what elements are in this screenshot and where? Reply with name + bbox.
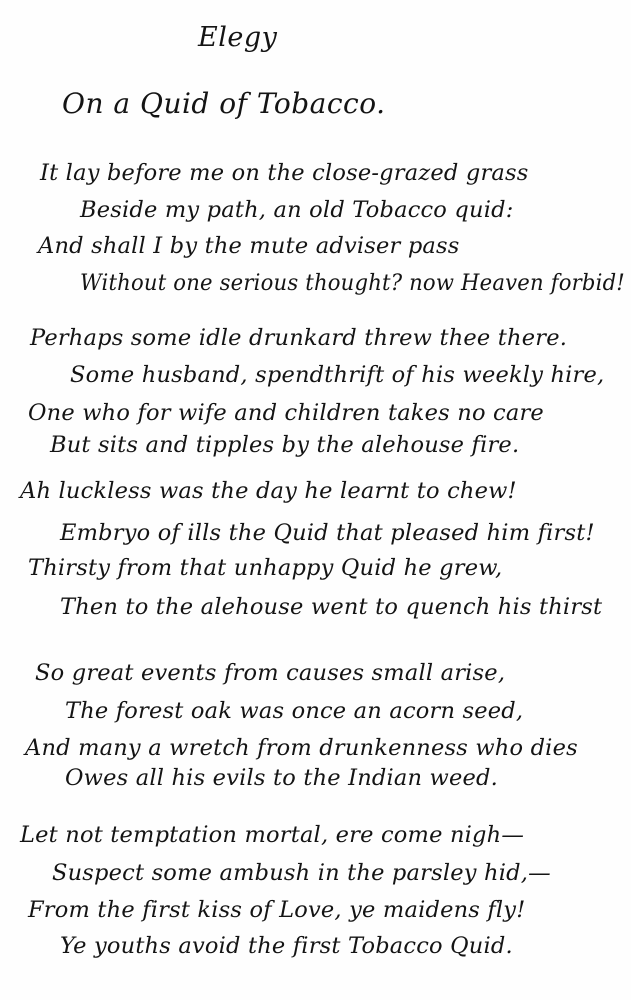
manuscript-page: Elegy On a Quid of Tobacco. It lay befor…: [0, 0, 631, 1000]
poem-line: Thirsty from that unhappy Quid he grew,: [28, 555, 502, 581]
poem-line: Without one serious thought? now Heaven …: [80, 270, 625, 296]
poem-line: And many a wretch from drunkenness who d…: [25, 735, 578, 761]
poem-line: It lay before me on the close-grazed gra…: [40, 160, 529, 186]
poem-line: From the first kiss of Love, ye maidens …: [28, 897, 525, 923]
poem-line: One who for wife and children takes no c…: [28, 400, 544, 426]
poem-line: Then to the alehouse went to quench his …: [60, 594, 602, 620]
poem-line: Embryo of ills the Quid that pleased him…: [60, 520, 595, 546]
poem-line: And shall I by the mute adviser pass: [38, 233, 460, 259]
poem-line: Owes all his evils to the Indian weed.: [65, 765, 498, 791]
poem-line: So great events from causes small arise,: [35, 660, 505, 686]
poem-line: Beside my path, an old Tobacco quid:: [80, 197, 513, 223]
poem-line: The forest oak was once an acorn seed,: [65, 698, 523, 724]
poem-line: But sits and tipples by the alehouse fir…: [50, 432, 519, 458]
poem-subtitle: On a Quid of Tobacco.: [62, 87, 385, 120]
poem-title: Elegy: [198, 22, 277, 53]
poem-line: Ye youths avoid the first Tobacco Quid.: [60, 933, 513, 959]
poem-line: Let not temptation mortal, ere come nigh…: [20, 822, 524, 848]
poem-line: Ah luckless was the day he learnt to che…: [20, 478, 517, 504]
poem-line: Some husband, spendthrift of his weekly …: [70, 362, 604, 388]
poem-line: Perhaps some idle drunkard threw thee th…: [30, 325, 567, 351]
poem-line: Suspect some ambush in the parsley hid,—: [52, 860, 551, 886]
